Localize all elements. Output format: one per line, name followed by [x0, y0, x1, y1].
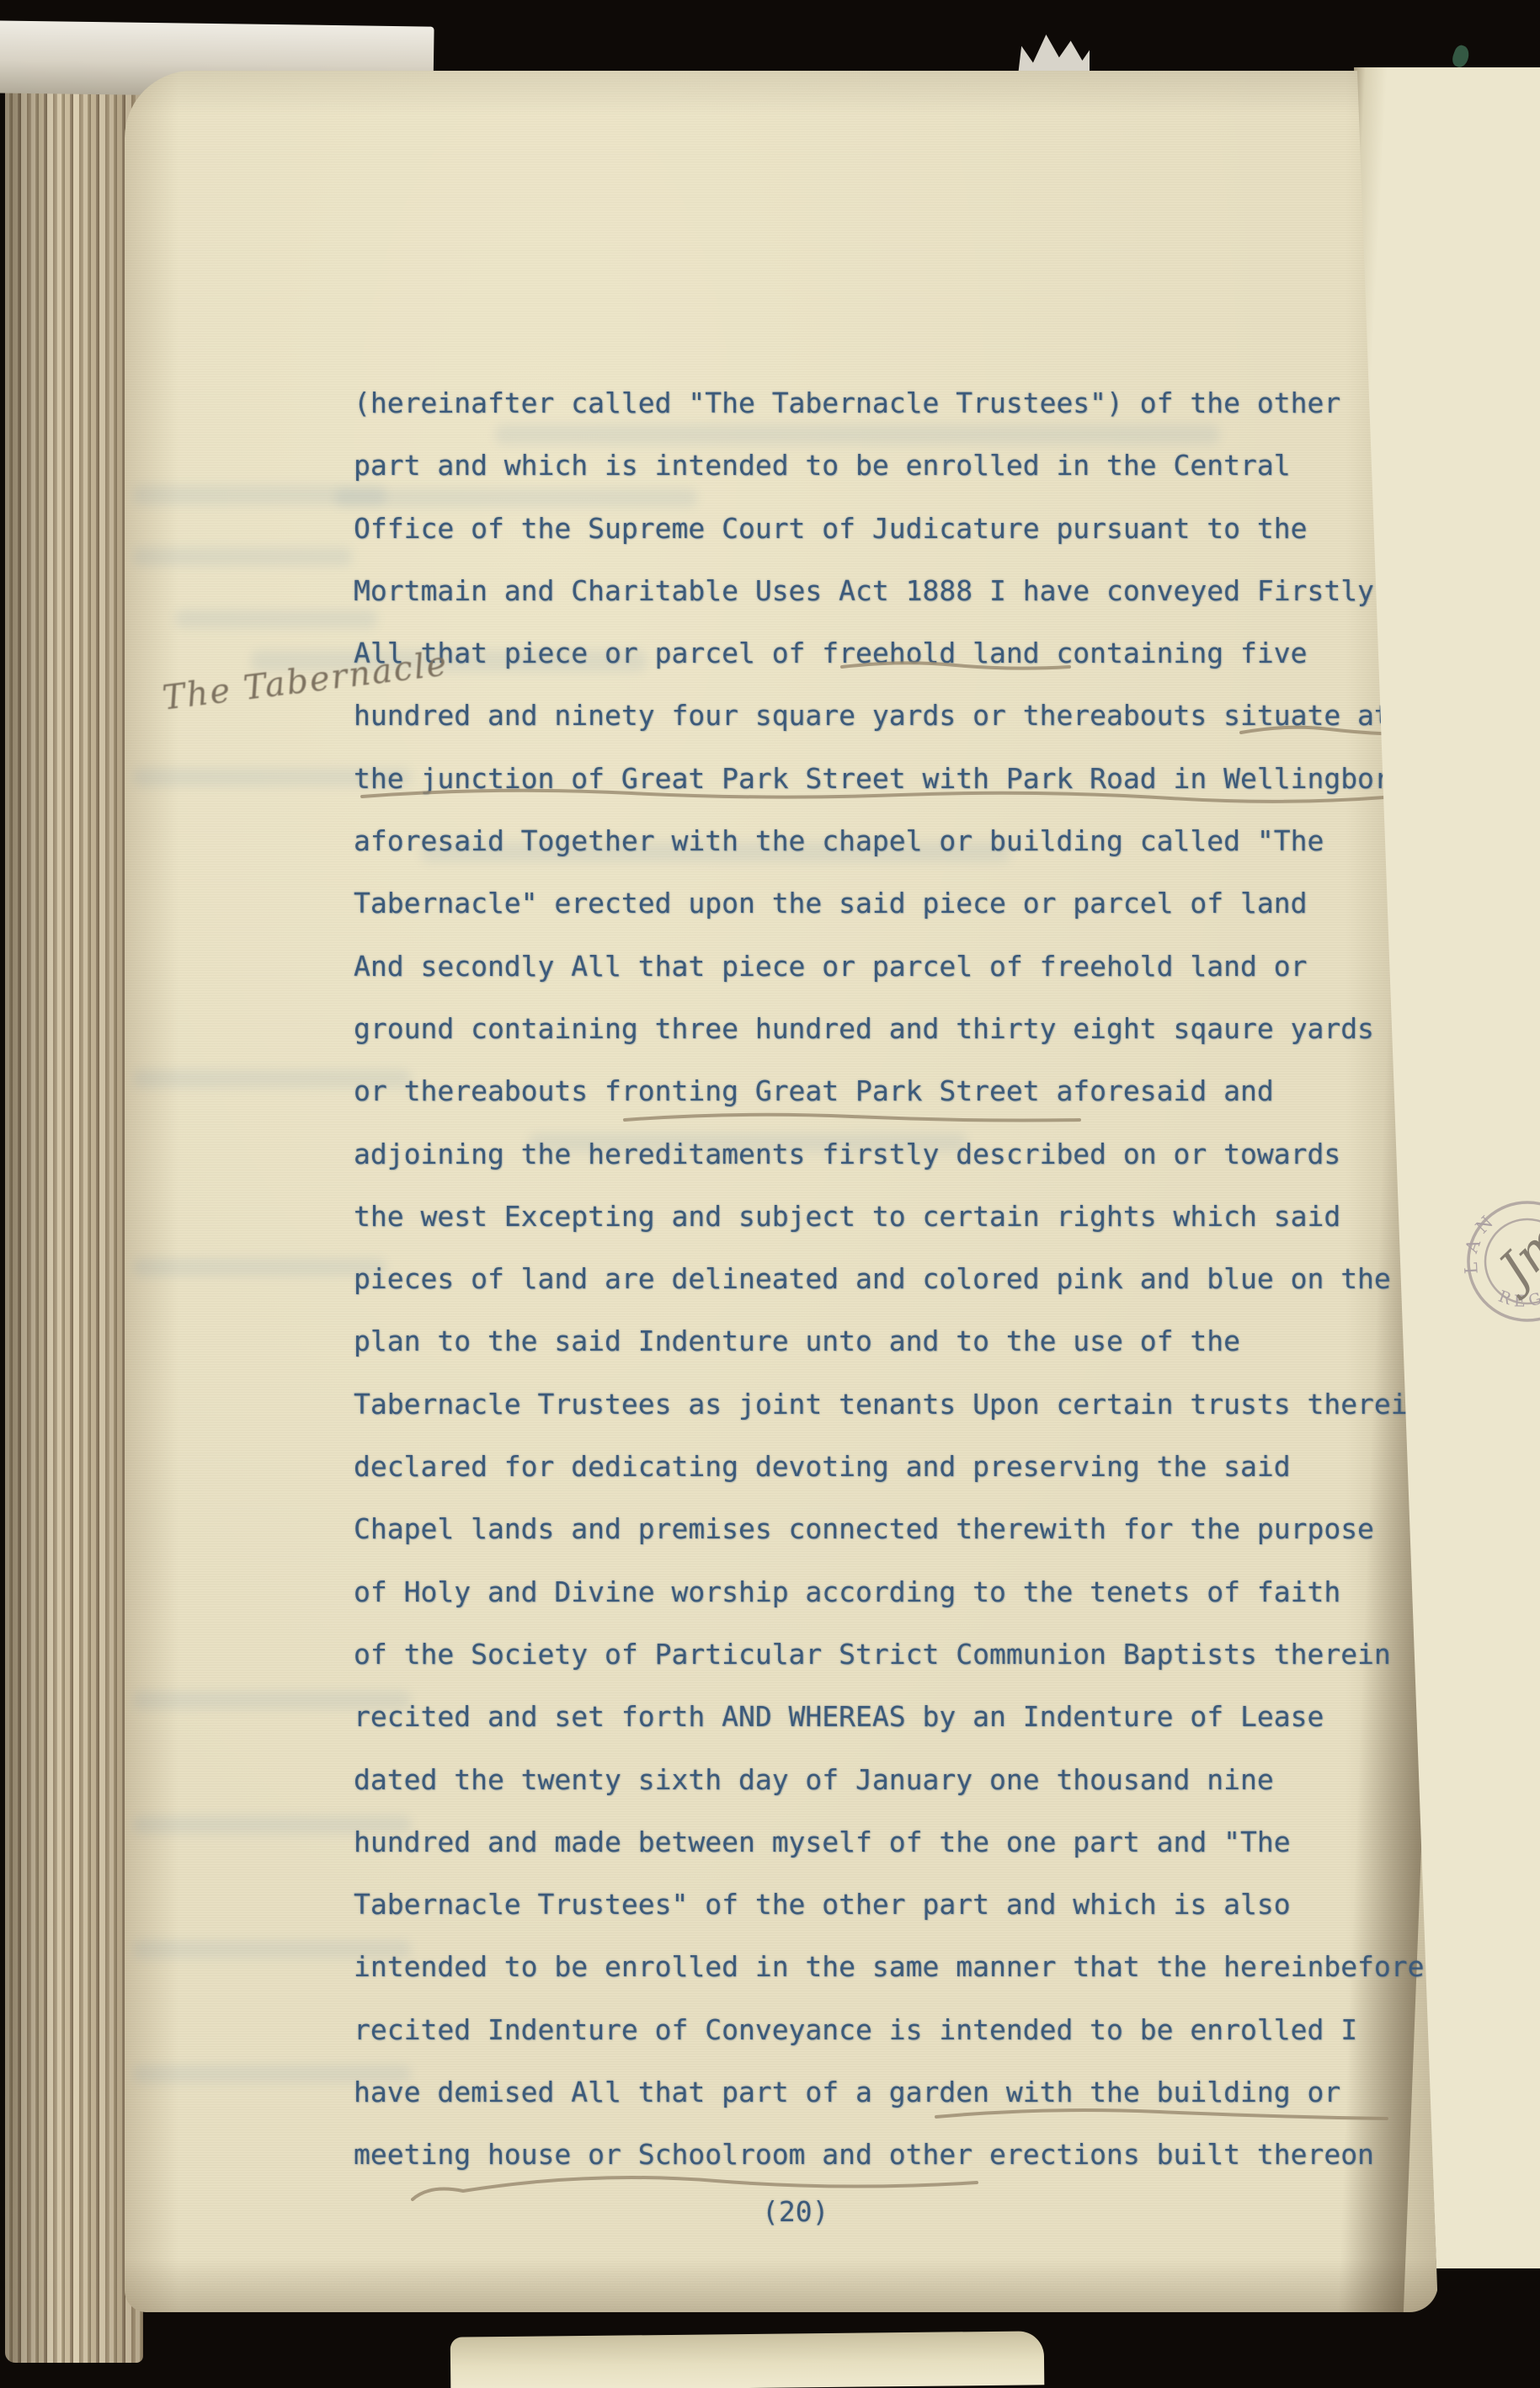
typed-line: part and which is intended to be enrolle…: [354, 434, 1540, 497]
typed-line: the junction of Great Park Street with P…: [354, 748, 1540, 810]
typed-line: Tabernacle Trustees" of the other part a…: [354, 1874, 1540, 1936]
typed-line: Mortmain and Charitable Uses Act 1888 I …: [354, 560, 1540, 622]
typed-line: ground containing three hundred and thir…: [354, 998, 1540, 1060]
typed-line: recited and set forth AND WHEREAS by an …: [354, 1686, 1540, 1748]
page-number: (20): [762, 2181, 829, 2243]
typed-text-block: (hereinafter called "The Tabernacle Trus…: [354, 372, 1540, 2187]
typed-line: Office of the Supreme Court of Judicatur…: [354, 498, 1540, 560]
book-page-stack-edges: [5, 45, 143, 2363]
typed-line: of Holy and Divine worship according to …: [354, 1561, 1540, 1623]
ink-bleed-smudge: [175, 610, 377, 628]
scanned-book-photo: (hereinafter called "The Tabernacle Trus…: [0, 0, 1540, 2388]
typed-line: Tabernacle" erected upon the said piece …: [354, 872, 1540, 935]
typed-line: meeting house or Schoolroom and other er…: [354, 2124, 1540, 2186]
typed-line: hundred and made between myself of the o…: [354, 1811, 1540, 1874]
typed-line: have demised All that part of a garden w…: [354, 2061, 1540, 2124]
typed-line: Tabernacle Trustees as joint tenants Upo…: [354, 1373, 1540, 1436]
typed-line: All that piece or parcel of freehold lan…: [354, 622, 1540, 685]
paper-under-book: [450, 2331, 1045, 2388]
typed-line: or thereabouts fronting Great Park Stree…: [354, 1060, 1540, 1122]
typed-line: pieces of land are delineated and colore…: [354, 1248, 1540, 1310]
typed-line: intended to be enrolled in the same mann…: [354, 1936, 1540, 1998]
typed-line: adjoining the hereditaments firstly desc…: [354, 1123, 1540, 1186]
typed-line: of the Society of Particular Strict Comm…: [354, 1623, 1540, 1686]
typed-line: declared for dedicating devoting and pre…: [354, 1436, 1540, 1498]
typed-line: the west Excepting and subject to certai…: [354, 1186, 1540, 1248]
typed-line: Chapel lands and premises connected ther…: [354, 1498, 1540, 1560]
typed-line: aforesaid Together with the chapel or bu…: [354, 810, 1540, 872]
green-speck: [1450, 44, 1472, 70]
typed-line: And secondly All that piece or parcel of…: [354, 935, 1540, 998]
registry-stamp: LAN REGIS Jm: [1457, 1177, 1540, 1346]
typed-line: dated the twenty sixth day of January on…: [354, 1749, 1540, 1811]
typed-line: recited Indenture of Conveyance is inten…: [354, 1999, 1540, 2061]
typed-line: plan to the said Indenture unto and to t…: [354, 1310, 1540, 1373]
typed-line: hundred and ninety four square yards or …: [354, 685, 1540, 747]
typed-line: (hereinafter called "The Tabernacle Trus…: [354, 372, 1540, 434]
ink-bleed-smudge: [133, 547, 352, 566]
document-page: (hereinafter called "The Tabernacle Trus…: [125, 71, 1438, 2312]
ink-bleed-smudge: [133, 1258, 386, 1277]
